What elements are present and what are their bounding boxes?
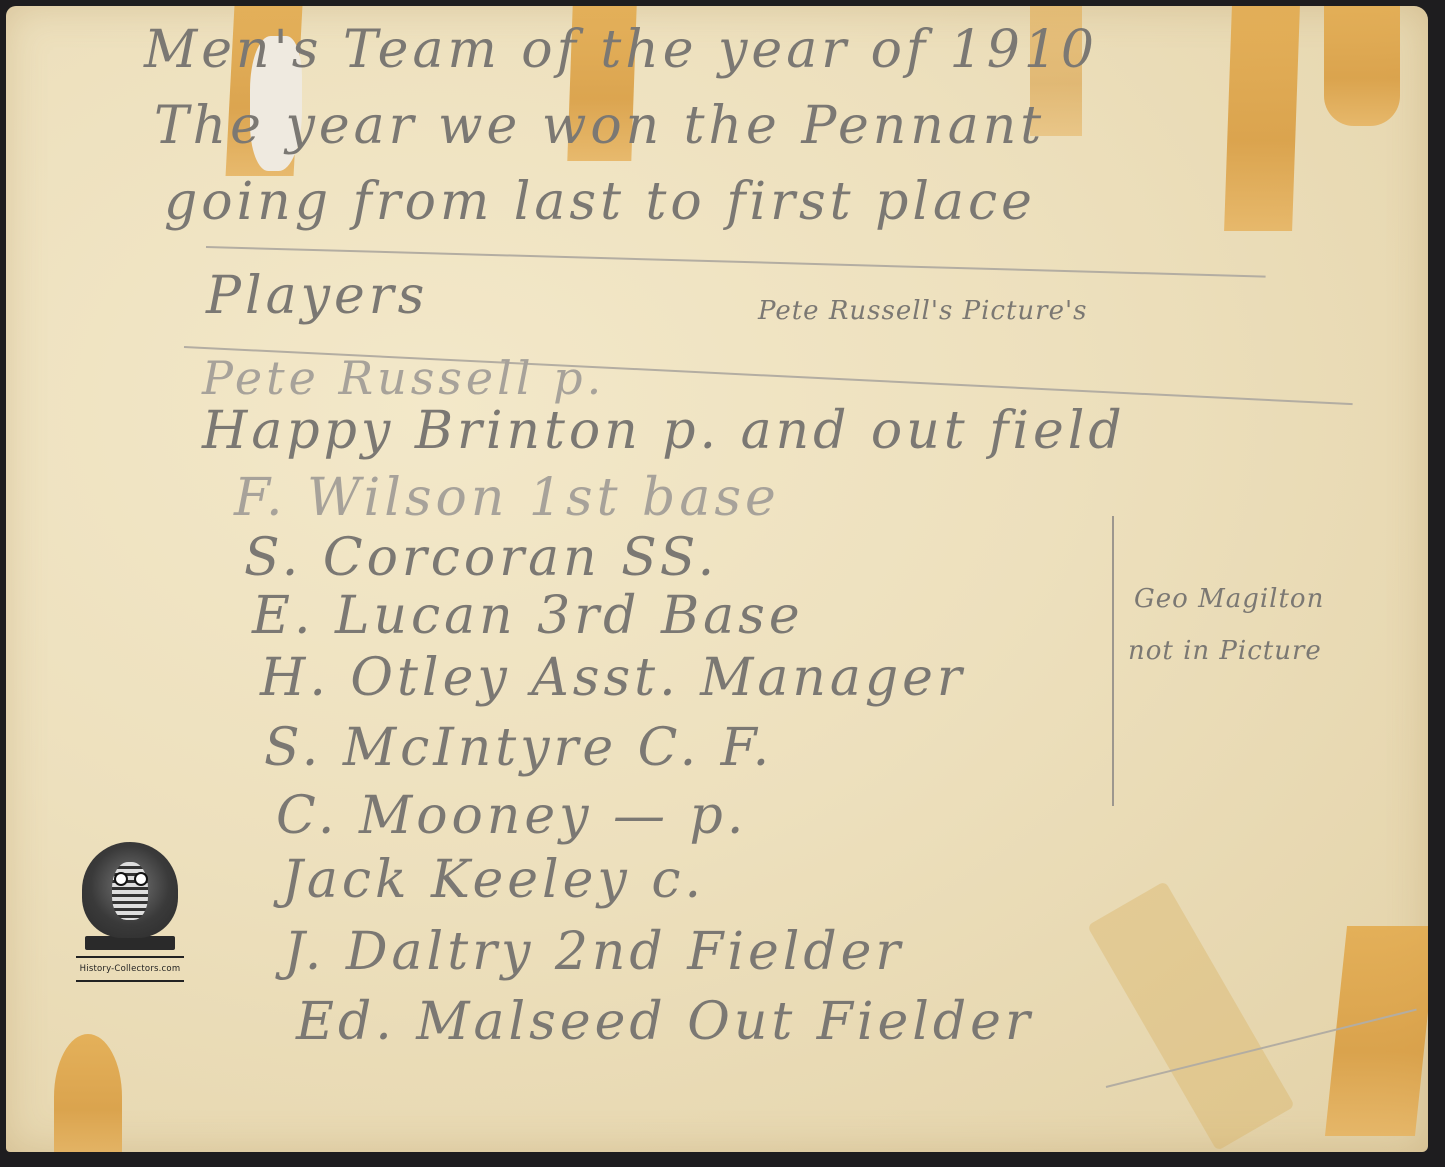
player-row: E. Lucan 3rd Base: [252, 586, 804, 646]
photo-back-paper: Men's Team of the year of 1910 The year …: [6, 6, 1428, 1152]
pictures-header: Pete Russell's Picture's: [758, 296, 1087, 326]
players-header: Players: [206, 266, 428, 326]
logo-divider: [76, 956, 184, 958]
watermark-text: History-Collectors.com: [80, 964, 181, 974]
player-row: Happy Brinton p. and out field: [202, 401, 1126, 461]
logo-divider: [76, 980, 184, 982]
owl-on-book-icon: [82, 842, 178, 938]
heading-line-1: Men's Team of the year of 1910: [144, 20, 1098, 80]
player-row: F. Wilson 1st base: [234, 468, 780, 528]
player-row: S. Corcoran SS.: [244, 528, 718, 588]
history-collectors-watermark: History-Collectors.com: [68, 842, 192, 1018]
side-note-line-2: not in Picture: [1128, 636, 1322, 666]
book-icon: [85, 936, 175, 950]
heading-line-3: going from last to first place: [164, 172, 1036, 232]
stain-diagonal: [1087, 881, 1295, 1151]
tape-residue-5: [1324, 6, 1400, 126]
player-row: S. McIntyre C. F.: [264, 718, 773, 778]
player-row: H. Otley Asst. Manager: [260, 648, 966, 708]
player-row: Pete Russell p.: [202, 351, 605, 405]
player-row: J. Daltry 2nd Fielder: [284, 922, 904, 982]
tape-residue-6: [54, 1034, 122, 1152]
tape-residue-7: [1325, 926, 1428, 1136]
heading-line-2: The year we won the Pennant: [154, 96, 1045, 156]
player-row: C. Mooney — p.: [276, 786, 747, 846]
side-note-line-1: Geo Magilton: [1134, 584, 1324, 614]
tape-residue-4: [1224, 6, 1300, 231]
player-row: Ed. Malseed Out Fielder: [296, 992, 1034, 1052]
player-row: Jack Keeley c.: [282, 850, 705, 910]
side-note-divider: [1112, 516, 1114, 806]
